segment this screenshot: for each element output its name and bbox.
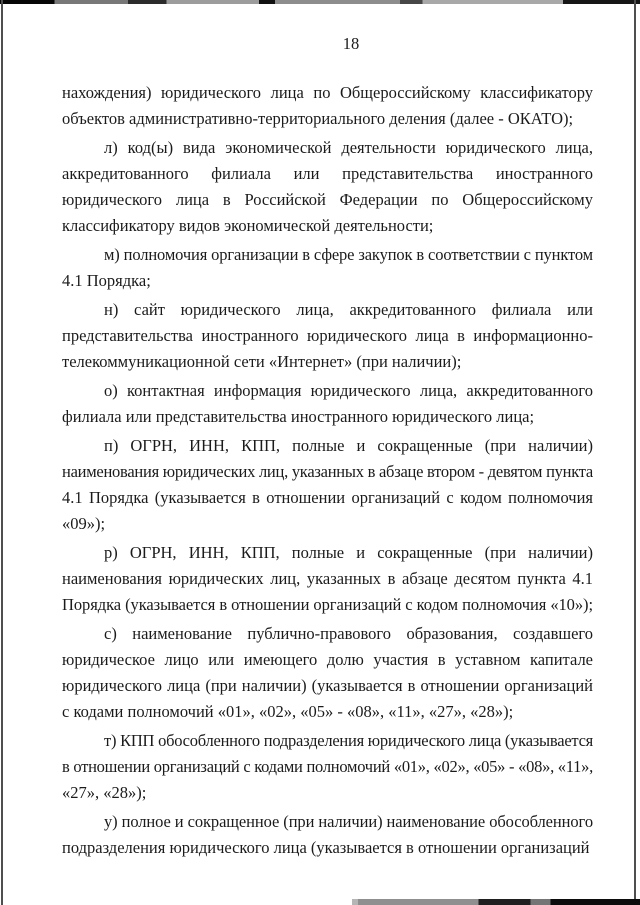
paragraph: у) полное и сокращенное (при наличии) на…	[62, 809, 593, 861]
paragraph: л) код(ы) вида экономической деятельност…	[62, 135, 593, 239]
text-line-content: «09»);	[62, 514, 105, 533]
scan-artifact-right-edge	[634, 0, 636, 905]
scan-artifact-left-edge	[1, 0, 3, 905]
paragraph: м) полномочия организации в сфере закупо…	[62, 242, 593, 294]
text-line-content: классификатору видов экономической деяте…	[62, 216, 433, 235]
paragraph: н) сайт юридического лица, аккредитованн…	[62, 297, 593, 375]
text-line-content: наименования юридических лиц, указанных …	[62, 569, 593, 588]
text-line-content: юридического лица в Российской Федерации…	[62, 190, 593, 209]
text-line-content: у) полное и сокращенное (при наличии) на…	[104, 812, 593, 831]
text-line: с кодами полномочий «01», «02», «05» - «…	[62, 699, 593, 725]
text-line: 4.1 Порядка (указывается в отношении орг…	[62, 485, 593, 511]
text-line-content: нахождения) юридического лица по Общерос…	[62, 83, 593, 102]
paragraph: о) контактная информация юридического ли…	[62, 378, 593, 430]
text-line: филиала или представительства иностранно…	[62, 404, 593, 430]
text-line-content: о) контактная информация юридического ли…	[104, 381, 593, 400]
text-line-content: «27», «28»);	[62, 783, 146, 802]
scan-artifact-bottom-bar	[352, 899, 640, 905]
text-line: л) код(ы) вида экономической деятельност…	[62, 135, 593, 161]
text-line: т) КПП обособленного подразделения юриди…	[62, 728, 593, 754]
text-line-content: 4.1 Порядка;	[62, 271, 151, 290]
text-line-content: филиала или представительства иностранно…	[62, 407, 534, 426]
paragraph: с) наименование публично-правового образ…	[62, 621, 593, 725]
text-line-content: телекоммуникационной сети «Интернет» (пр…	[62, 352, 461, 371]
paragraph: нахождения) юридического лица по Общерос…	[62, 80, 593, 132]
text-line-content: юридическое лицо или имеющего долю участ…	[62, 650, 593, 669]
text-line-content: Порядка (указывается в отношении организ…	[62, 595, 593, 614]
text-line: у) полное и сокращенное (при наличии) на…	[62, 809, 593, 835]
text-line: Порядка (указывается в отношении организ…	[62, 592, 593, 618]
text-line-content: представительства иностранного юридическ…	[62, 326, 593, 345]
page-number: 18	[62, 36, 640, 53]
text-line: телекоммуникационной сети «Интернет» (пр…	[62, 349, 593, 375]
text-line: в отношении организаций с кодами полномо…	[62, 754, 593, 780]
paragraph: р) ОГРН, ИНН, КПП, полные и сокращенные …	[62, 540, 593, 618]
scan-artifact-top-bar	[0, 0, 640, 4]
paragraph: п) ОГРН, ИНН, КПП, полные и сокращенные …	[62, 433, 593, 537]
text-line: н) сайт юридического лица, аккредитованн…	[62, 297, 593, 323]
text-line: юридического лица в Российской Федерации…	[62, 187, 593, 213]
text-line: наименования юридических лиц, указанных …	[62, 459, 593, 485]
text-line: «27», «28»);	[62, 780, 593, 806]
text-line: о) контактная информация юридического ли…	[62, 378, 593, 404]
text-line: подразделения юридического лица (указыва…	[62, 835, 593, 861]
text-line-content: аккредитованного филиала или представите…	[62, 164, 593, 183]
text-line-content: т) КПП обособленного подразделения юриди…	[104, 731, 593, 750]
text-line-content: с кодами полномочий «01», «02», «05» - «…	[62, 702, 513, 721]
scanned-document-page: { "page": { "number": "18" }, "colors": …	[0, 0, 640, 905]
text-line-content: юридического лица (при наличии) (указыва…	[62, 676, 593, 695]
text-line: нахождения) юридического лица по Общерос…	[62, 80, 593, 106]
text-line: п) ОГРН, ИНН, КПП, полные и сокращенные …	[62, 433, 593, 459]
text-line: 4.1 Порядка;	[62, 268, 593, 294]
text-line: м) полномочия организации в сфере закупо…	[62, 242, 593, 268]
text-line-content: 4.1 Порядка (указывается в отношении орг…	[62, 488, 593, 507]
text-line: юридическое лицо или имеющего долю участ…	[62, 647, 593, 673]
text-line-content: п) ОГРН, ИНН, КПП, полные и сокращенные …	[104, 436, 593, 455]
text-line: классификатору видов экономической деяте…	[62, 213, 593, 239]
text-line: представительства иностранного юридическ…	[62, 323, 593, 349]
text-line-content: л) код(ы) вида экономической деятельност…	[104, 138, 593, 157]
text-line: «09»);	[62, 511, 593, 537]
text-line-content: н) сайт юридического лица, аккредитованн…	[104, 300, 593, 319]
text-line-content: объектов административно-территориальног…	[62, 109, 573, 128]
paragraph: т) КПП обособленного подразделения юриди…	[62, 728, 593, 806]
text-line-content: в отношении организаций с кодами полномо…	[62, 757, 593, 776]
text-line: аккредитованного филиала или представите…	[62, 161, 593, 187]
text-line: объектов административно-территориальног…	[62, 106, 593, 132]
text-line-content: с) наименование публично-правового образ…	[104, 624, 593, 643]
text-line: юридического лица (при наличии) (указыва…	[62, 673, 593, 699]
text-line: р) ОГРН, ИНН, КПП, полные и сокращенные …	[62, 540, 593, 566]
text-line: наименования юридических лиц, указанных …	[62, 566, 593, 592]
text-line-content: подразделения юридического лица (указыва…	[62, 838, 590, 857]
text-line: с) наименование публично-правового образ…	[62, 621, 593, 647]
text-line-content: наименования юридических лиц, указанных …	[62, 462, 593, 481]
text-line-content: р) ОГРН, ИНН, КПП, полные и сокращенные …	[104, 543, 593, 562]
text-line-content: м) полномочия организации в сфере закупо…	[104, 245, 593, 264]
document-body: нахождения) юридического лица по Общерос…	[62, 80, 593, 864]
